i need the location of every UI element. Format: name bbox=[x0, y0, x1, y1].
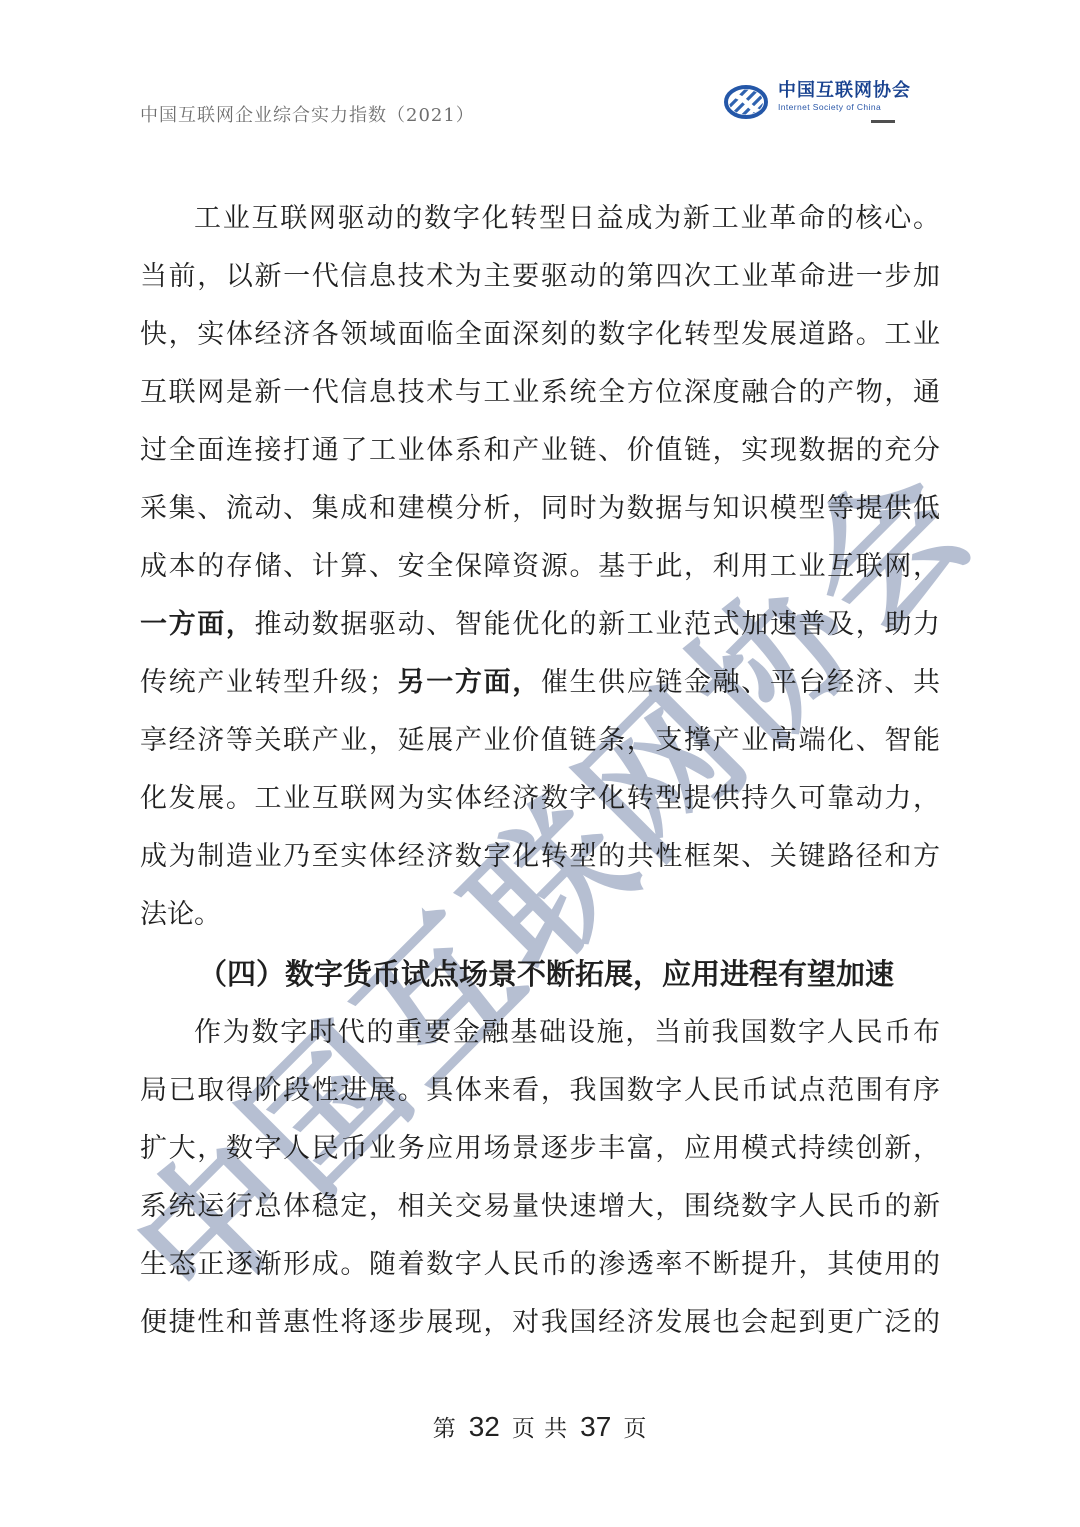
text-line: 系统运行总体稳定，相关交易量快速增大，围绕数字人民币的新 bbox=[140, 1178, 940, 1236]
text-line: 便捷性和普惠性将逐步展现，对我国经济发展也会起到更广泛的 bbox=[140, 1294, 940, 1352]
footer-label: 页 共 bbox=[512, 1416, 568, 1442]
text-line: 作为数字时代的重要金融基础设施，当前我国数字人民币布 bbox=[140, 1004, 940, 1062]
text-line: 扩大，数字人民币业务应用场景逐步丰富，应用模式持续创新， bbox=[140, 1120, 940, 1178]
logo-text: 中国互联网协会 Internet Society of China bbox=[778, 82, 911, 112]
line-text: 局已取得阶段性进展。具体来看，我国数字人民币试点范围有序 bbox=[140, 1075, 940, 1106]
line-text: 成为制造业乃至实体经济数字化转型的共性框架、关键路径和方 bbox=[140, 841, 940, 872]
line-text: 享经济等关联产业，延展产业价值链条，支撑产业高端化、智能 bbox=[140, 725, 940, 756]
globe-icon bbox=[724, 82, 768, 120]
footer-label: 第 bbox=[433, 1416, 457, 1442]
line-text: 互联网是新一代信息技术与工业系统全方位深度融合的产物，通 bbox=[140, 377, 940, 408]
line-text: 过全面连接打通了工业体系和产业链、价值链，实现数据的充分 bbox=[140, 435, 940, 466]
bold-run: 另一方面， bbox=[396, 667, 541, 698]
text-line: 享经济等关联产业，延展产业价值链条，支撑产业高端化、智能 bbox=[140, 712, 940, 770]
text-line: 工业互联网驱动的数字化转型日益成为新工业革命的核心。 bbox=[140, 190, 940, 248]
document-body: 工业互联网驱动的数字化转型日益成为新工业革命的核心。 当前，以新一代信息技术为主… bbox=[140, 190, 940, 1352]
text-line: 生态正逐渐形成。随着数字人民币的渗透率不断提升，其使用的 bbox=[140, 1236, 940, 1294]
text-line: 当前，以新一代信息技术为主要驱动的第四次工业革命进一步加 bbox=[140, 248, 940, 306]
header-title: 中国互联网企业综合实力指数（2021） bbox=[140, 101, 475, 127]
line-text: 便捷性和普惠性将逐步展现，对我国经济发展也会起到更广泛的 bbox=[140, 1307, 940, 1338]
line-text: 当前，以新一代信息技术为主要驱动的第四次工业革命进一步加 bbox=[140, 261, 940, 292]
line-text: 推动数据驱动、智能优化的新工业范式加速普及，助力 bbox=[255, 609, 940, 640]
line-text: 工业互联网驱动的数字化转型日益成为新工业革命的核心。 bbox=[194, 203, 940, 234]
text-line: 采集、流动、集成和建模分析，同时为数据与知识模型等提供低 bbox=[140, 480, 940, 538]
paragraph-1: 工业互联网驱动的数字化转型日益成为新工业革命的核心。 当前，以新一代信息技术为主… bbox=[140, 190, 940, 944]
line-text: 扩大，数字人民币业务应用场景逐步丰富，应用模式持续创新， bbox=[140, 1133, 940, 1164]
line-text: 系统运行总体稳定，相关交易量快速增大，围绕数字人民币的新 bbox=[140, 1191, 940, 1222]
text-line: 过全面连接打通了工业体系和产业链、价值链，实现数据的充分 bbox=[140, 422, 940, 480]
line-text: 催生供应链金融、平台经济、共 bbox=[541, 667, 940, 698]
logo-en-label: Internet Society of China bbox=[778, 103, 911, 112]
page-footer: 第32页 共37页 bbox=[0, 1410, 1080, 1443]
text-line: 化发展。工业互联网为实体经济数字化转型提供持久可靠动力， bbox=[140, 770, 940, 828]
total-pages: 37 bbox=[580, 1411, 611, 1442]
text-line: 成本的存储、计算、安全保障资源。基于此，利用工业互联网， bbox=[140, 538, 940, 596]
text-line: 快，实体经济各领域面临全面深刻的数字化转型发展道路。工业 bbox=[140, 306, 940, 364]
text-line: 局已取得阶段性进展。具体来看，我国数字人民币试点范围有序 bbox=[140, 1062, 940, 1120]
line-text: 采集、流动、集成和建模分析，同时为数据与知识模型等提供低 bbox=[140, 493, 940, 524]
header-dash bbox=[871, 120, 895, 123]
page-number: 32 bbox=[469, 1411, 500, 1442]
bold-run: 一方面， bbox=[140, 609, 255, 640]
line-text: 作为数字时代的重要金融基础设施，当前我国数字人民币布 bbox=[194, 1017, 940, 1048]
line-text: 法论。 bbox=[140, 899, 221, 930]
text-line: 互联网是新一代信息技术与工业系统全方位深度融合的产物，通 bbox=[140, 364, 940, 422]
text-line: 一方面，推动数据驱动、智能优化的新工业范式加速普及，助力 bbox=[140, 596, 940, 654]
line-text: 传统产业转型升级； bbox=[140, 667, 396, 698]
line-text: 化发展。工业互联网为实体经济数字化转型提供持久可靠动力， bbox=[140, 783, 940, 814]
section-heading: （四）数字货币试点场景不断拓展，应用进程有望加速 bbox=[140, 944, 940, 1004]
logo-cn-label: 中国互联网协会 bbox=[778, 82, 911, 100]
paragraph-2: 作为数字时代的重要金融基础设施，当前我国数字人民币布 局已取得阶段性进展。具体来… bbox=[140, 1004, 940, 1352]
footer-label: 页 bbox=[623, 1416, 647, 1442]
line-text: 生态正逐渐形成。随着数字人民币的渗透率不断提升，其使用的 bbox=[140, 1249, 940, 1280]
line-text: 成本的存储、计算、安全保障资源。基于此，利用工业互联网， bbox=[140, 551, 940, 582]
org-logo: 中国互联网协会 Internet Society of China bbox=[724, 82, 911, 120]
document-page: 中国互联网协会 中国互联网企业综合实力指数（2021） bbox=[0, 0, 1080, 1527]
line-text: 快，实体经济各领域面临全面深刻的数字化转型发展道路。工业 bbox=[140, 319, 940, 350]
text-line: 法论。 bbox=[140, 886, 940, 944]
text-line: 成为制造业乃至实体经济数字化转型的共性框架、关键路径和方 bbox=[140, 828, 940, 886]
text-line: 传统产业转型升级；另一方面，催生供应链金融、平台经济、共 bbox=[140, 654, 940, 712]
